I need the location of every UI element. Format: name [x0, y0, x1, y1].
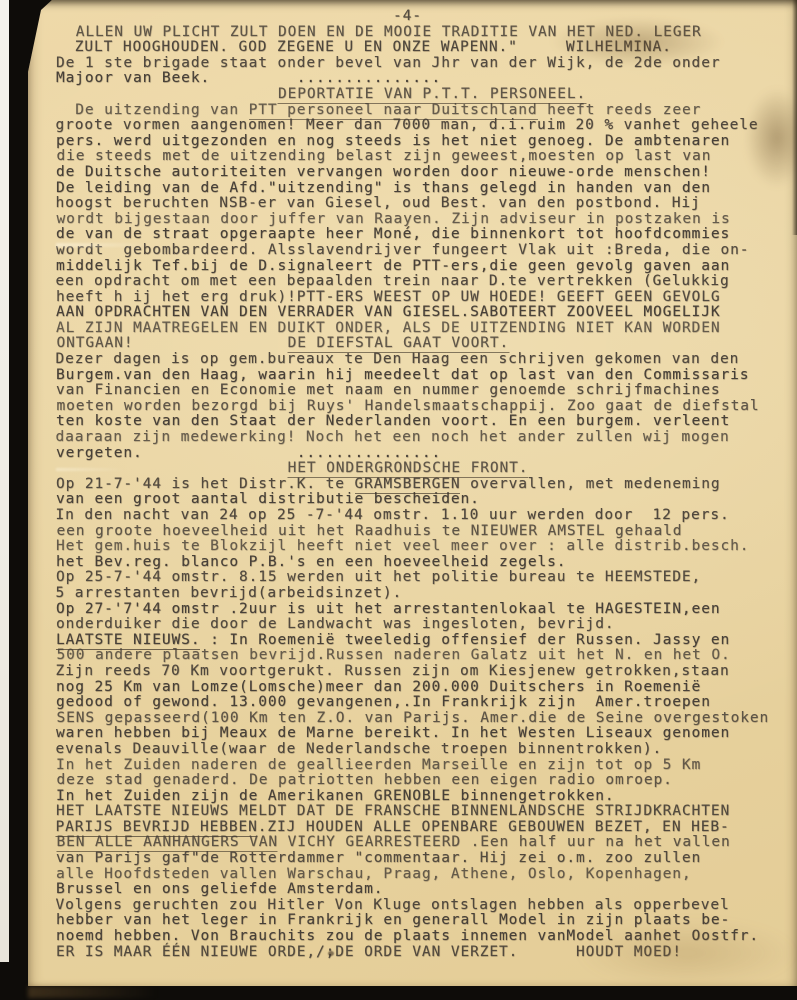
text-line: AAN OPDRACHTEN VAN DEN VERRADER VAN GIES… [56, 305, 791, 321]
text-line: alle Hoofdsteden vallen Warschau, Praag,… [56, 867, 791, 883]
text-segment: evenals Deauville(waar de Nederlandsche … [56, 741, 663, 757]
text-line: groote vormen aangenomen! Meer dan 7000 … [56, 118, 791, 134]
scan-edge-streak [28, 986, 158, 998]
text-line: daaraan zijn medewerking! Noch het een n… [56, 430, 791, 446]
text-line: pers. werd uitgezonden en nog steeds is … [56, 134, 791, 150]
text-segment: VICHY GEARRESTEERD .Een half uur na het … [278, 834, 731, 850]
text-segment: de Duitsche autoriteiten vervangen worde… [56, 164, 711, 180]
text-line: evenals Deauville(waar de Nederlandsche … [56, 742, 791, 758]
text-segment: gedood of gewond. 13.000 gevangenen,.In … [56, 694, 711, 710]
text-segment: een opdracht om met een bepaalden trein … [56, 273, 730, 289]
text-segment: die steeds met de uitzending belast zijn… [57, 148, 712, 164]
text-segment: Volgens geruchten zou Hitler Von Kluge o… [56, 897, 730, 913]
text-line: 5 arrestanten bevrijd(arbeidsinzet). [56, 586, 791, 602]
text-line: noemd hebben. Von Brauchits zou de plaat… [56, 929, 791, 945]
text-line: BEN ALLE AANHANGERS VAN VICHY GEARRESTEE… [57, 835, 792, 851]
text-segment: .ZIJ HOUDEN ALLE OPENBARE GEBOUWEN BEZET… [258, 819, 730, 835]
text-segment: Het gem.huis te Blokzijl heeft niet veel… [56, 538, 749, 554]
text-segment: vergeten. ............... [56, 445, 441, 461]
text-line: DEPORTATIE VAN P.T.T. PERSONEEL. [57, 87, 792, 103]
text-line: 500 andere plaatsen bevrijd.Russen nader… [57, 648, 792, 664]
text-line: een groote hoeveelheid uit het Raadhuis … [57, 524, 792, 540]
text-segment: De uitzending van [56, 102, 249, 118]
text-line: Dezer dagen is op gem.bureaux te Den Haa… [56, 352, 791, 368]
text-line: gedood of gewond. 13.000 gevangenen,.In … [56, 695, 791, 711]
scanned-document-page: -4- ALLEN UW PLICHT ZULT DOEN EN DE MOOI… [0, 0, 797, 1000]
text-line: LAATSTE NIEUWS. : In Roemenië tweeledig … [56, 633, 791, 649]
text-line: Volgens geruchten zou Hitler Von Kluge o… [56, 898, 791, 914]
underlined-text-segment: GRAMSBERGEN [355, 476, 461, 494]
text-line: De 1 ste brigade staat onder bevel van J… [56, 56, 791, 72]
text-segment: HET LAATSTE NIEUWS MELDT DAT DE FRANSCHE… [56, 803, 730, 819]
text-line: een opdracht om met een bepaalden trein … [56, 274, 791, 290]
text-segment: De leiding van de Afd."uitzending" is th… [56, 180, 711, 196]
text-line: Op 27-'7'44 omstr .2uur is uit het arres… [56, 602, 791, 618]
text-line: de Duitsche autoriteiten vervangen worde… [56, 165, 791, 181]
scanner-bed-edge [0, 0, 9, 962]
text-segment: -4- [56, 8, 422, 24]
text-line: de van de straat opgeraapte heer Moné, d… [56, 227, 791, 243]
text-line: AL ZIJN MAATREGELEN EN DUIKT ONDER, ALS … [56, 321, 791, 337]
text-line: In het Zuiden zijn de Amerikanen GRENOBL… [56, 789, 791, 805]
text-segment: daaraan zijn medewerking! Noch het een n… [56, 429, 730, 445]
text-line: Zijn reeds 70 Km voortgerukt. Russen zij… [56, 664, 791, 680]
text-segment: deze stad genaderd. De patriotten hebben… [57, 772, 673, 788]
text-segment: In den nacht van 24 op 25 -7-'44 omstr. … [56, 507, 730, 523]
text-segment: AAN OPDRACHTEN VAN DEN VERRADER VAN GIES… [56, 304, 720, 320]
text-line: -4- [56, 9, 791, 25]
text-line: In het Zuiden naderen de geallieerden Ma… [56, 758, 791, 774]
text-segment [57, 460, 288, 476]
text-segment: Op 27-'7'44 omstr .2uur is uit het arres… [56, 601, 720, 617]
text-line: die steeds met de uitzending belast zijn… [57, 149, 792, 165]
text-segment: hoogst beruchten NSB-er van Giesel, oud … [56, 195, 701, 211]
text-segment: 5 arrestanten bevrijd(arbeidsinzet). [56, 585, 403, 601]
text-line: SENS gepasseerd(100 Km ten Z.O. van Pari… [57, 711, 792, 727]
text-line: wordt gebombardeerd. Alsslavendrijver fu… [56, 243, 791, 259]
text-line: ONTGAAN! DE DIEFSTAL GAAT VOORT. [57, 336, 792, 352]
text-segment: pers. werd uitgezonden en nog steeds is … [56, 133, 730, 149]
text-segment: Dezer dagen is op gem.bureaux te Den Haa… [56, 351, 740, 367]
text-line: Brussel en ons geliefde Amsterdam. [56, 882, 791, 898]
text-segment: Brussel en ons geliefde Amsterdam. [56, 881, 383, 897]
text-segment: moeten worden bezorgd bij Ruys' Handelsm… [57, 398, 760, 414]
text-line: middelijk Tef.bij de D.signaleert de PTT… [56, 259, 791, 275]
typewritten-text: -4- ALLEN UW PLICHT ZULT DOEN EN DE MOOI… [56, 9, 791, 960]
text-line: ALLEN UW PLICHT ZULT DOEN EN DE MOOIE TR… [57, 25, 792, 41]
text-line: ER IS MAAR ÉÉN NIEUWE ORDE,/;DE ORDE VAN… [56, 945, 791, 961]
text-segment: nog 25 Km van Lomze(Lomsche)meer dan 200… [56, 679, 701, 695]
text-segment: ONTGAAN! [57, 335, 288, 351]
text-line: onderduiker die door de Landwacht was in… [56, 617, 791, 633]
text-line: van Financien en Economie met naam en nu… [56, 383, 791, 399]
text-segment: alle Hoofdsteden vallen Warschau, Praag,… [56, 866, 692, 882]
text-segment: hebber van het leger in Frankrijk en gen… [56, 912, 730, 928]
text-segment: Op 21-7-'44 is het Distr.K. te [56, 476, 355, 492]
text-line: De leiding van de Afd."uitzending" is th… [56, 181, 791, 197]
text-segment: een groote hoeveelheid uit het Raadhuis … [57, 523, 683, 539]
text-segment: Op 25-7-'44 omstr. 8.15 werden uit het p… [56, 569, 701, 585]
text-line: HET LAATSTE NIEUWS MELDT DAT DE FRANSCHE… [56, 804, 791, 820]
text-segment: heeft reeds zeer [538, 102, 702, 118]
text-segment: overvallen, met medeneming [460, 476, 720, 492]
text-line: ten koste van den Staat der Nederlanden … [56, 414, 791, 430]
text-line: wordt bijgestaan door juffer van Raayen.… [57, 212, 792, 228]
text-line: PARIJS BEVRIJD HEBBEN.ZIJ HOUDEN ALLE OP… [56, 820, 791, 836]
text-segment: ten koste van den Staat der Nederlanden … [56, 413, 730, 429]
text-line: ZULT HOOGHOUDEN. GOD ZEGENE U EN ONZE WA… [56, 40, 791, 56]
text-segment: Zijn reeds 70 Km voortgerukt. Russen zij… [56, 663, 730, 679]
text-segment: groote vormen aangenomen! Meer dan 7000 … [56, 117, 759, 133]
text-line: Majoor van Beek. ............... [56, 71, 791, 87]
text-line: heeft h ij het erg druk)!PTT-ERS WEEST O… [56, 290, 791, 306]
text-segment [57, 86, 278, 102]
text-segment: noemd hebben. Von Brauchits zou de plaat… [56, 928, 759, 944]
text-segment: onderduiker die door de Landwacht was in… [56, 616, 615, 632]
text-segment: het Bev.reg. blanco P.B.'s en een hoevee… [56, 554, 566, 570]
text-segment: wordt bijgestaan door juffer van Raayen.… [57, 211, 731, 227]
text-segment: : In Roemenië tweeledig offensief der Ru… [200, 632, 730, 648]
text-line: De uitzending van PTT personeel naar Dui… [56, 103, 791, 119]
text-line: vergeten. ............... [56, 446, 791, 462]
text-line: Op 25-7-'44 omstr. 8.15 werden uit het p… [56, 570, 791, 586]
text-line: hoogst beruchten NSB-er van Giesel, oud … [56, 196, 791, 212]
text-segment: middelijk Tef.bij de D.signaleert de PTT… [56, 258, 730, 274]
text-segment: In het Zuiden zijn de Amerikanen GRENOBL… [56, 788, 615, 804]
text-segment: van Parijs gaf"de Rotterdammer "commenta… [56, 850, 701, 866]
text-line: deze stad genaderd. De patriotten hebben… [57, 773, 792, 789]
text-line: van Parijs gaf"de Rotterdammer "commenta… [56, 851, 791, 867]
text-line: waren hebben bij Meaux de Marne bereikt.… [56, 726, 791, 742]
text-segment: 500 andere plaatsen bevrijd.Russen nader… [57, 647, 731, 663]
text-segment: waren hebben bij Meaux de Marne bereikt.… [56, 725, 730, 741]
text-line: Op 21-7-'44 is het Distr.K. te GRAMSBERG… [56, 477, 791, 493]
text-line: In den nacht van 24 op 25 -7-'44 omstr. … [56, 508, 791, 524]
text-line: van een groot aantal distributie beschei… [56, 492, 791, 508]
text-segment: van Financien en Economie met naam en nu… [56, 382, 720, 398]
text-segment: wordt gebombardeerd. Alsslavendrijver fu… [56, 242, 749, 258]
text-line: hebber van het leger in Frankrijk en gen… [56, 913, 791, 929]
text-line: nog 25 Km van Lomze(Lomsche)meer dan 200… [56, 680, 791, 696]
text-segment: heeft h ij het erg druk)!PTT-ERS WEEST O… [56, 289, 720, 305]
text-line: Burgem.van den Haag, waarin hij meedeelt… [56, 368, 791, 384]
text-segment: In het Zuiden naderen de geallieerden Ma… [56, 757, 701, 773]
text-segment: ZULT HOOGHOUDEN. GOD ZEGENE U EN ONZE WA… [56, 39, 672, 55]
text-segment: ER IS MAAR ÉÉN NIEUWE ORDE,/;DE ORDE VAN… [56, 944, 682, 960]
text-segment: Majoor van Beek. ............... [56, 70, 441, 86]
text-segment: ALLEN UW PLICHT ZULT DOEN EN DE MOOIE TR… [57, 24, 702, 40]
text-line: HET ONDERGRONDSCHE FRONT. [57, 461, 792, 477]
text-segment: SENS gepasseerd(100 Km ten Z.O. van Pari… [57, 710, 770, 726]
text-line: Het gem.huis te Blokzijl heeft niet veel… [56, 539, 791, 555]
text-segment: De 1 ste brigade staat onder bevel van J… [56, 55, 720, 71]
text-line: moeten worden bezorgd bij Ruys' Handelsm… [57, 399, 792, 415]
text-segment: de van de straat opgeraapte heer Moné, d… [56, 226, 730, 242]
text-segment: Burgem.van den Haag, waarin hij meedeelt… [56, 367, 749, 383]
text-segment: AL ZIJN MAATREGELEN EN DUIKT ONDER, ALS … [56, 320, 720, 336]
paper-sheet: -4- ALLEN UW PLICHT ZULT DOEN EN DE MOOI… [28, 0, 797, 986]
